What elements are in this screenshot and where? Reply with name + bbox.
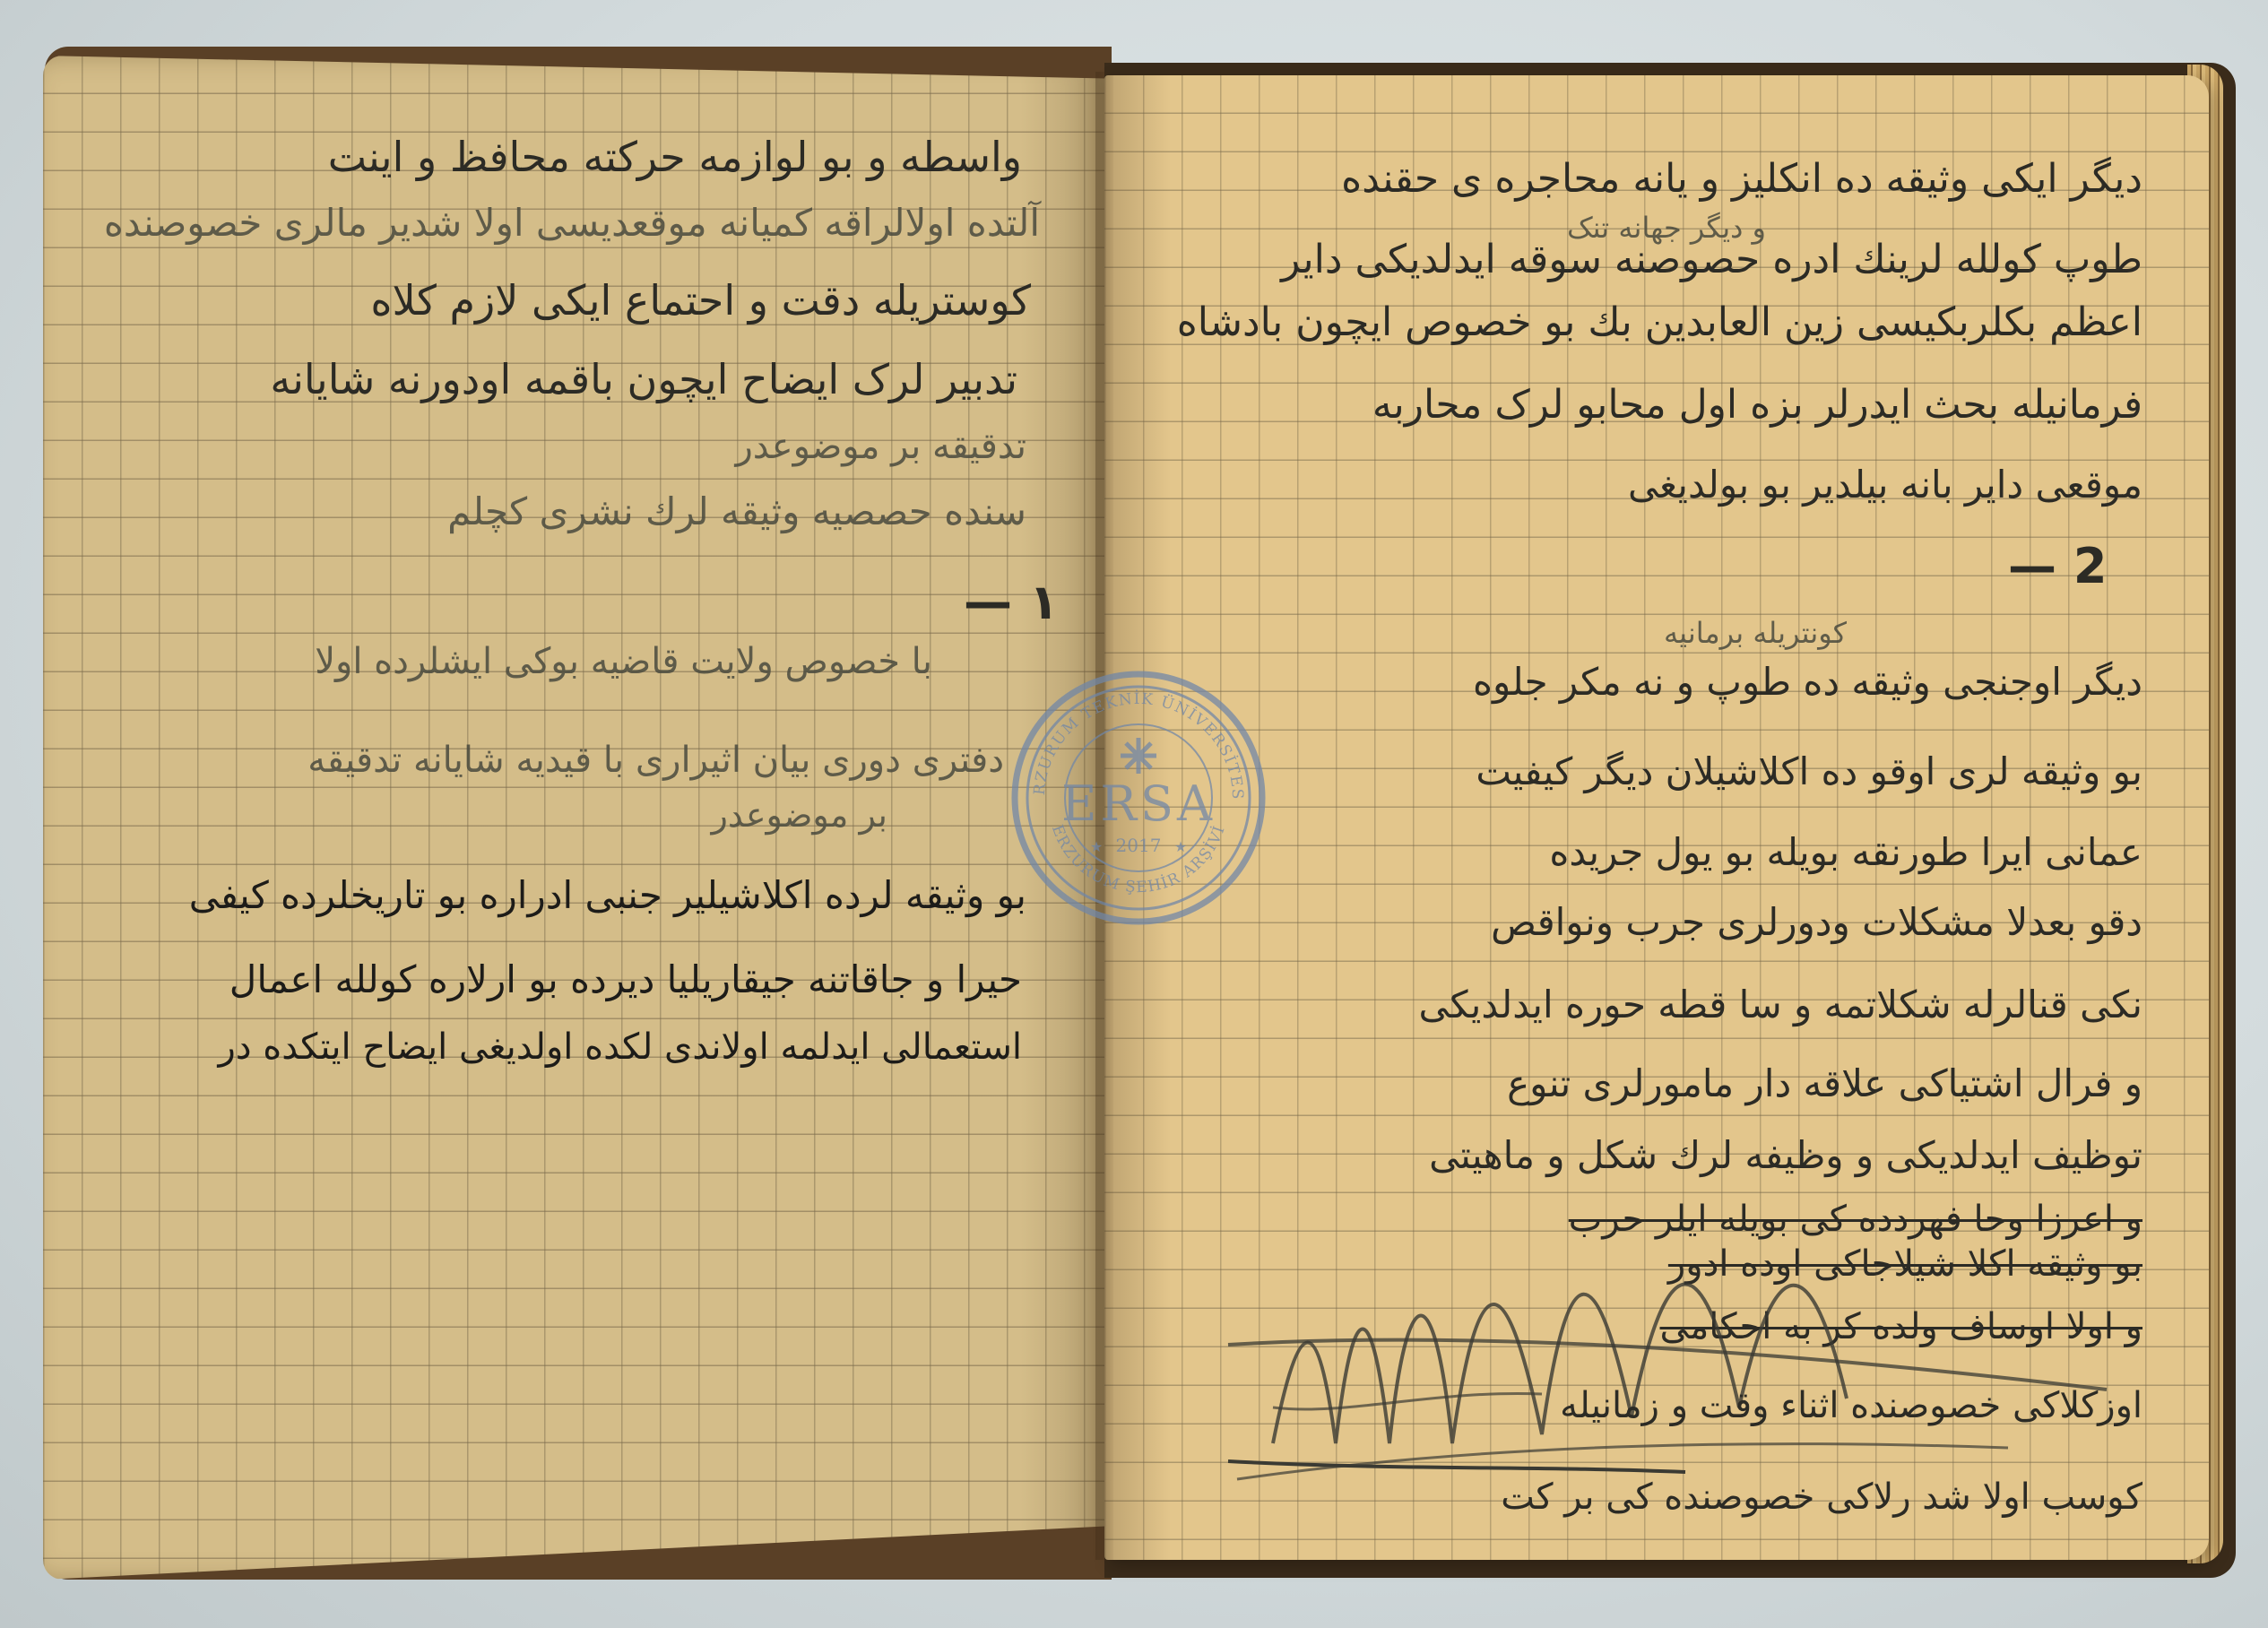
- right-section-insert: کونتریله برمانیه: [1664, 619, 1847, 647]
- right-section-line-2: بو وثیقه لری اوقو ده اکلاشیلان دیگر کیفی…: [1476, 753, 2142, 791]
- right-line-5: فرمانیله بحث ایدرلر بزه اول محابو لرک مح…: [1372, 385, 2142, 425]
- stamp-star-left-icon: ★: [1090, 838, 1103, 855]
- left-ink-line-3: استعمالی ایدلمه اولاندی لکده اولدیغی ایض…: [218, 1029, 1022, 1065]
- stamp-year: 2017: [1116, 835, 1162, 856]
- left-line-5: تدقیقه بر موضوعدر: [735, 429, 1026, 464]
- snowflake-emblem-icon: [1121, 738, 1156, 774]
- left-line-4: تدبیر لرک ایضاح ایچون باقمه اودورنه شایا…: [270, 359, 1017, 400]
- left-line-1: واسطه و بو لوازمه حرکته محافظ و اینت: [328, 136, 1022, 178]
- left-line-2: آلتده اولالراقه کمیانه موقعدیسی اولا شدی…: [104, 204, 1040, 242]
- left-section-line-1: با خصوص ولایت قاضیه بوکی ایشلرده اولا: [315, 644, 932, 680]
- right-section-line-1: دیگر اوجنجی وثیقه ده طوپ و نه مکر جلوه: [1473, 663, 2142, 701]
- left-ink-line-1: بو وثیقه لرده اکلاشیلیر جنبی ادراره بو ت…: [189, 877, 1026, 914]
- archive-stamp: ERZURUM TEKNİK ÜNİVERSİTESİ ERZURUM ŞEHİ…: [1008, 668, 1268, 928]
- right-section-marker: 2 —: [2008, 538, 2107, 594]
- right-section-line-5: نکی قنالرله شکلاتمه و سا قطه حوره ایدلدی…: [1418, 986, 2142, 1024]
- right-section-line-4: دقو بعدلا مشکلات ودورلری جرب ونواقص: [1491, 904, 2142, 941]
- left-section-line-2: دفتری دوری بیان اثیراری با قیدیه شایانه …: [307, 742, 1004, 778]
- right-line-4: اعظم بکلربکیسی زین العابدین بك بو خصوص ا…: [1177, 303, 2142, 342]
- right-section-line-3: عمانی ایرا طورنقه بویله بو یول جریده: [1549, 834, 2142, 871]
- stamp-center-text: ERSA: [1061, 775, 1216, 832]
- right-section-line-6: و فرال اشتیاکی علاقه دار مامورلری تنوع: [1507, 1065, 2142, 1103]
- right-section-line-7: توظیف ایدلدیکی و وظیفه لرك شکل و ماهیتی: [1429, 1137, 2142, 1174]
- right-line-1: دیگر ایکی وثیقه ده انکلیز و یانه محاجره …: [1341, 160, 2142, 199]
- right-struck-line-1: و اعرزا وحا فهردده کی بویله ایلر حرب: [1569, 1201, 2142, 1237]
- right-line-3: طوپ کولله لرینك ادره حصوصنه سوقه ایدلدیک…: [1281, 240, 2142, 280]
- left-line-6: سنده حصصیه وثیقه لرك نشری کچلم: [447, 493, 1026, 531]
- left-section-line-3: بر موضوعدر: [712, 798, 887, 832]
- right-closing-line-2: کوسب اولا شد رلاکی خصوصنده کی بر کت: [1501, 1479, 2142, 1515]
- left-section-marker: ١ —: [964, 574, 1059, 630]
- stamp-star-right-icon: ★: [1174, 838, 1187, 855]
- left-line-3: کوستریله دقت و احتماع ایکی لازم کلاه: [370, 280, 1031, 321]
- left-ink-line-2: حیرا و جاقاتنه جیقاریلیا دیرده بو ارلاره…: [229, 961, 1022, 999]
- right-closing-line-1: اوزکلاکی خصوصنده اثناء وقت و زمانیله: [1560, 1388, 2142, 1424]
- right-line-6: موقعی دایر بانه بیلدیر بو بولدیغی: [1628, 466, 2142, 504]
